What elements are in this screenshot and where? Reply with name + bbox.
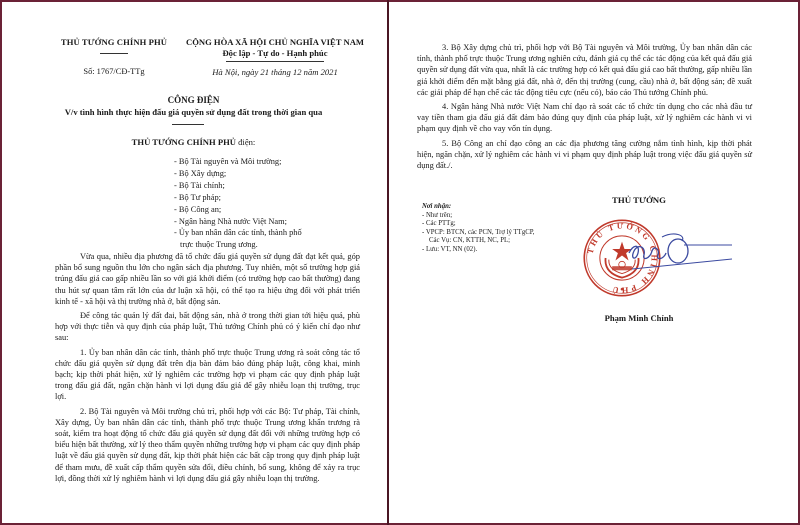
receivers-block: Nơi nhận: - Như trên; - Các PTTg; - VPCP…	[422, 203, 535, 255]
body-text-page-1: Vừa qua, nhiều địa phương đã tổ chức đấu…	[55, 251, 360, 487]
sender-name: THỦ TƯỚNG CHÍNH PHỦ	[132, 137, 236, 147]
sender-line: THỦ TƯỚNG CHÍNH PHỦ điện:	[0, 137, 387, 147]
signer-name: Phạm Minh Chính	[564, 313, 714, 323]
receivers-label: Nơi nhận:	[422, 203, 535, 212]
place-date: Hà Nội, ngày 21 tháng 12 năm 2021	[180, 67, 370, 77]
page-1: THỦ TƯỚNG CHÍNH PHỦ CỘNG HÒA XÃ HỘI CHỦ …	[0, 0, 387, 525]
recipient-item: - Bộ Xây dựng;	[174, 168, 302, 180]
recipient-item: - Bộ Công an;	[174, 204, 302, 216]
signature-block: THỦ TƯỚNG THỦ TƯỚNG CHÍNH PHỦ	[564, 195, 714, 205]
document-subtitle: V/v tình hình thực hiện đấu giá quyền sử…	[0, 107, 387, 117]
national-header: CỘNG HÒA XÃ HỘI CHỦ NGHĨA VIỆT NAM Độc l…	[180, 37, 370, 62]
sender-suffix: điện:	[236, 137, 255, 147]
issuer-name: THỦ TƯỚNG CHÍNH PHỦ	[55, 37, 173, 47]
recipient-item: - Bộ Tài chính;	[174, 180, 302, 192]
title-underline	[172, 124, 204, 125]
recipient-list: - Bộ Tài nguyên và Môi trường; - Bộ Xây …	[174, 156, 302, 251]
receiver-item: - Lưu: VT, NN (02).	[422, 246, 535, 255]
motto-underline	[226, 61, 324, 62]
paragraph: 3. Bộ Xây dựng chủ trì, phối hợp với Bộ …	[417, 42, 752, 98]
recipient-item: - Bộ Tư pháp;	[174, 192, 302, 204]
issuer-header: THỦ TƯỚNG CHÍNH PHỦ	[55, 37, 173, 54]
document-title: CÔNG ĐIỆN	[0, 95, 387, 105]
page-2: 3. Bộ Xây dựng chủ trì, phối hợp với Bộ …	[389, 0, 798, 525]
paragraph: 5. Bộ Công an chỉ đạo công an các địa ph…	[417, 138, 752, 172]
recipient-item-continuation: trực thuộc Trung ương.	[174, 239, 302, 251]
issuer-underline	[100, 53, 128, 54]
document-number: Số: 1767/CĐ-TTg	[55, 67, 173, 76]
receiver-item: - Các PTTg;	[422, 220, 535, 229]
paragraph: Để công tác quản lý đất đai, bất động sả…	[55, 310, 360, 344]
national-motto: Độc lập - Tự do - Hạnh phúc	[180, 48, 370, 58]
body-text-page-2: 3. Bộ Xây dựng chủ trì, phối hợp với Bộ …	[417, 11, 752, 174]
receiver-item-continuation: Các Vụ: CN, KTTH, NC, PL;	[422, 237, 535, 246]
paragraph: 2. Bộ Tài nguyên và Môi trường chủ trì, …	[55, 406, 360, 484]
receiver-item: - Như trên;	[422, 212, 535, 221]
nation-name: CỘNG HÒA XÃ HỘI CHỦ NGHĨA VIỆT NAM	[180, 37, 370, 47]
handwritten-signature-icon	[624, 225, 734, 275]
receiver-item: - VPCP: BTCN, các PCN, Trợ lý TTgCP,	[422, 229, 535, 238]
recipient-item: - Bộ Tài nguyên và Môi trường;	[174, 156, 302, 168]
recipient-item: - Ngân hàng Nhà nước Việt Nam;	[174, 216, 302, 228]
paragraph: 1. Ủy ban nhân dân các tỉnh, thành phố t…	[55, 347, 360, 403]
paragraph: Vừa qua, nhiều địa phương đã tổ chức đấu…	[55, 251, 360, 307]
signer-title: THỦ TƯỚNG	[564, 195, 714, 205]
paragraph: 4. Ngân hàng Nhà nước Việt Nam chỉ đạo r…	[417, 101, 752, 135]
recipient-item: - Ủy ban nhân dân các tỉnh, thành phố	[174, 227, 302, 239]
